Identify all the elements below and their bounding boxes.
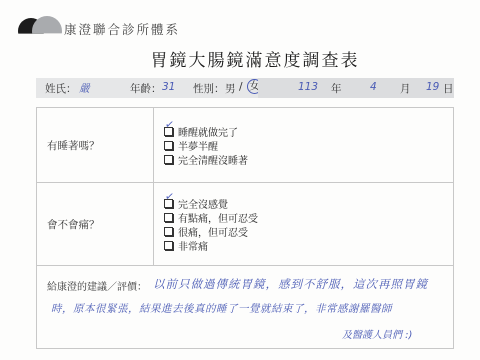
clinic-logo-icon <box>18 16 62 34</box>
question-label: 有睡著嗎？ <box>37 108 154 183</box>
option-label: 有點痛，但可忍受 <box>178 210 258 225</box>
year-label: 年 <box>331 81 342 96</box>
options-cell: ✓ 睡醒就做完了 半夢半醒 完全清醒沒睡著 <box>154 108 454 183</box>
gender-separator: / <box>239 81 243 93</box>
option-label: 非常痛 <box>178 238 208 253</box>
option-checkbox[interactable]: 有點痛，但可忍受 <box>164 210 453 224</box>
options-cell: ✓ 完全沒感覺 有點痛，但可忍受 很痛，但可忍受 非常痛 <box>154 183 454 266</box>
checkbox-icon[interactable] <box>164 141 173 150</box>
option-checkbox[interactable]: ✓ 完全沒感覺 <box>164 196 453 210</box>
option-label: 半夢半醒 <box>178 138 218 153</box>
checkbox-icon[interactable] <box>164 155 173 164</box>
age-label: 年齡： <box>130 81 162 96</box>
question-row-sleep: 有睡著嗎？ ✓ 睡醒就做完了 半夢半醒 完全清醒沒睡著 <box>37 108 454 183</box>
name-field[interactable]: 嚴 <box>79 81 90 96</box>
day-label: 日 <box>443 81 454 96</box>
option-checkbox[interactable]: 完全清醒沒睡著 <box>164 152 453 166</box>
name-label: 姓氏： <box>45 81 77 96</box>
checkbox-icon[interactable] <box>164 241 173 250</box>
option-label: 完全清醒沒睡著 <box>178 152 248 167</box>
option-label: 完全沒感覺 <box>178 196 228 211</box>
comment-field[interactable]: 給康澄的建議／評價： 以前只做過傳統胃鏡，感到不舒服，這次再照胃鏡 時，原本很緊… <box>37 266 454 349</box>
option-label: 睡醒就做完了 <box>178 124 238 139</box>
patient-info-bar: 姓氏： 嚴 年齡： 31 性別： 男 / 女 113 年 4 月 19 日 <box>36 78 454 98</box>
gender-label: 性別： <box>193 81 225 96</box>
page-title: 胃鏡大腸鏡滿意度調查表 <box>0 46 480 71</box>
option-checkbox[interactable]: 半夢半醒 <box>164 138 453 152</box>
month-value[interactable]: 4 <box>370 81 377 93</box>
comment-label: 給康澄的建議／評價： <box>47 278 147 293</box>
option-checkbox[interactable]: 很痛，但可忍受 <box>164 224 453 238</box>
survey-table: 有睡著嗎？ ✓ 睡醒就做完了 半夢半醒 完全清醒沒睡著 會不會痛？ ✓ 完全沒感… <box>36 107 454 349</box>
option-label: 很痛，但可忍受 <box>178 224 248 239</box>
year-value[interactable]: 113 <box>298 81 318 93</box>
comment-row: 給康澄的建議／評價： 以前只做過傳統胃鏡，感到不舒服，這次再照胃鏡 時，原本很緊… <box>37 266 454 349</box>
option-checkbox[interactable]: 非常痛 <box>164 238 453 252</box>
date-field: 113 年 4 月 19 日 <box>258 78 454 98</box>
org-name: 康澄聯合診所體系 <box>64 20 180 38</box>
question-row-pain: 會不會痛？ ✓ 完全沒感覺 有點痛，但可忍受 很痛，但可忍受 非常痛 <box>37 183 454 266</box>
comment-line-1: 以前只做過傳統胃鏡，感到不舒服，這次再照胃鏡 <box>153 276 428 292</box>
option-checkbox[interactable]: ✓ 睡醒就做完了 <box>164 124 453 138</box>
checkbox-icon[interactable] <box>164 227 173 236</box>
checkmark-icon: ✓ <box>164 117 175 131</box>
comment-line-3: 及醫護人員們 :) <box>342 326 412 341</box>
checkmark-icon: ✓ <box>164 189 175 203</box>
gender-option-male[interactable]: 男 <box>225 81 236 96</box>
day-value[interactable]: 19 <box>426 81 439 93</box>
age-field[interactable]: 31 <box>162 81 175 93</box>
month-label: 月 <box>400 81 411 96</box>
question-label: 會不會痛？ <box>37 183 154 266</box>
comment-line-2: 時，原本很緊張，結果進去後真的睡了一覺就結束了，非常感謝羅醫師 <box>51 301 392 316</box>
checkbox-icon[interactable] <box>164 213 173 222</box>
